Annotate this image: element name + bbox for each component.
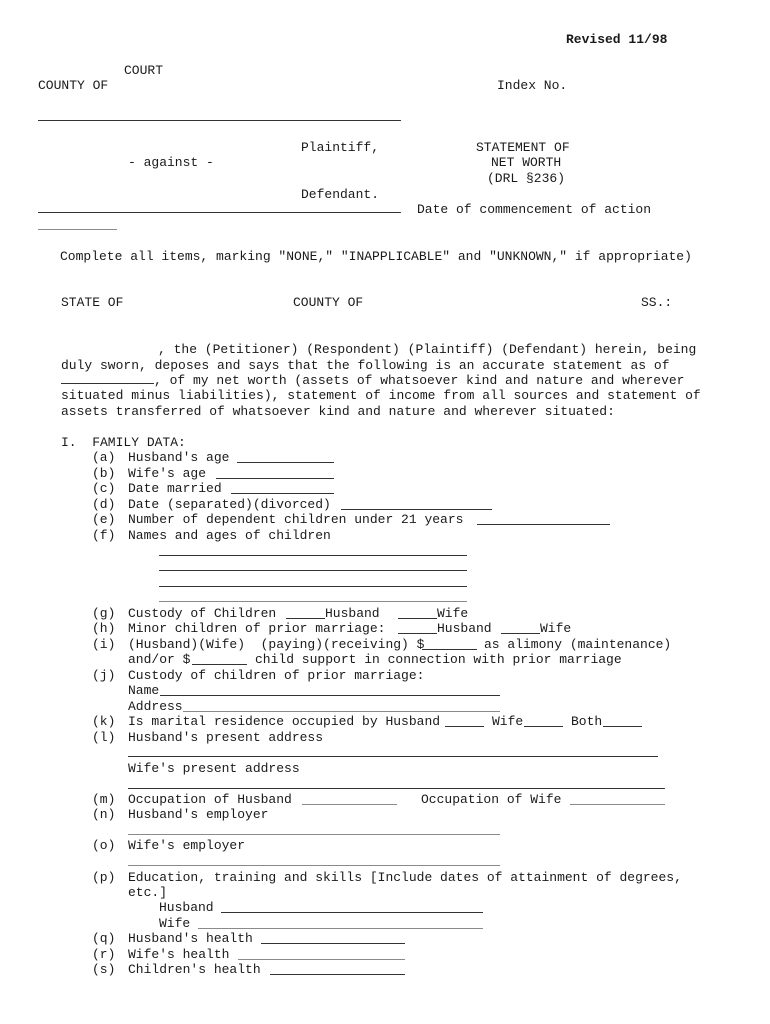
wife-health-field[interactable] bbox=[238, 959, 405, 960]
affidavit-line2: duly sworn, deposes and says that the fo… bbox=[61, 358, 670, 373]
education-husband-field[interactable] bbox=[221, 912, 483, 913]
affidavit-line1: , the (Petitioner) (Respondent) (Plainti… bbox=[158, 342, 696, 357]
husband-occupation-field[interactable] bbox=[302, 804, 397, 805]
item-letter: (m) bbox=[92, 792, 115, 807]
wife-age-field[interactable] bbox=[216, 478, 334, 479]
alimony-suffix: as alimony (maintenance) bbox=[484, 637, 671, 652]
children-health-label: Children's health bbox=[128, 962, 261, 977]
children-names-field-2[interactable] bbox=[159, 570, 467, 571]
against-label: - against - bbox=[128, 155, 214, 170]
instruction-text: Complete all items, marking "NONE," "INA… bbox=[60, 249, 692, 264]
dependent-children-field[interactable] bbox=[477, 524, 610, 525]
item-letter: (q) bbox=[92, 931, 115, 946]
index-no-label: Index No. bbox=[497, 78, 567, 93]
date-married-field[interactable] bbox=[231, 493, 334, 494]
wife-address-field[interactable] bbox=[128, 788, 665, 789]
item-letter: (i) bbox=[92, 637, 115, 652]
children-health-field[interactable] bbox=[270, 974, 405, 975]
item-letter: (k) bbox=[92, 714, 115, 729]
child-support-prefix: and/or $ bbox=[128, 652, 190, 667]
venue-county-label: COUNTY OF bbox=[293, 295, 363, 310]
date-commencement-label: Date of commencement of action bbox=[417, 202, 651, 217]
custody-children-label: Custody of Children bbox=[128, 606, 276, 621]
affidavit-line3: , of my net worth (assets of whatsoever … bbox=[154, 373, 685, 388]
affidavit-line4: situated minus liabilities), statement o… bbox=[61, 388, 701, 403]
husband-age-label: Husband's age bbox=[128, 450, 229, 465]
education-wife-label: Wife bbox=[159, 916, 190, 931]
child-support-amount-field[interactable] bbox=[192, 664, 247, 665]
education-label-cont: etc.] bbox=[128, 885, 167, 900]
item-letter: (f) bbox=[92, 528, 115, 543]
wife-employer-field[interactable] bbox=[128, 865, 500, 866]
residence-husband-field[interactable] bbox=[445, 726, 484, 727]
prior-custody-name-label: Name bbox=[128, 683, 159, 698]
item-letter: (p) bbox=[92, 870, 115, 885]
marital-residence-label: Is marital residence occupied by Husband bbox=[128, 714, 440, 729]
item-letter: (e) bbox=[92, 512, 115, 527]
item-letter: (h) bbox=[92, 621, 115, 636]
item-letter: (g) bbox=[92, 606, 115, 621]
revised-date: Revised 11/98 bbox=[566, 32, 667, 47]
residence-wife-field[interactable] bbox=[524, 726, 563, 727]
wife-occupation-field[interactable] bbox=[570, 804, 665, 805]
prior-custody-address-field[interactable] bbox=[183, 711, 500, 712]
item-letter: (o) bbox=[92, 838, 115, 853]
section-family-data-heading: I. FAMILY DATA: bbox=[61, 435, 186, 450]
education-wife-field[interactable] bbox=[198, 928, 483, 929]
item-letter: (c) bbox=[92, 481, 115, 496]
alimony-label: (Husband)(Wife) (paying)(receiving) $ bbox=[128, 637, 424, 652]
husband-employer-field[interactable] bbox=[128, 834, 500, 835]
date-married-label: Date married bbox=[128, 481, 222, 496]
wife-age-label: Wife's age bbox=[128, 466, 206, 481]
husband-health-field[interactable] bbox=[261, 943, 405, 944]
wife-address-label: Wife's present address bbox=[128, 761, 300, 776]
minor-wife-label: Wife bbox=[540, 621, 571, 636]
minor-husband-field[interactable] bbox=[398, 633, 437, 634]
defendant-label: Defendant. bbox=[301, 187, 379, 202]
minor-children-label: Minor children of prior marriage: bbox=[128, 621, 385, 636]
wife-employer-label: Wife's employer bbox=[128, 838, 245, 853]
custody-wife-field[interactable] bbox=[398, 618, 437, 619]
item-letter: (s) bbox=[92, 962, 115, 977]
date-separated-field[interactable] bbox=[341, 509, 492, 510]
plaintiff-label: Plaintiff, bbox=[301, 140, 379, 155]
item-letter: (n) bbox=[92, 807, 115, 822]
prior-custody-name-field[interactable] bbox=[160, 695, 500, 696]
custody-husband-field[interactable] bbox=[286, 618, 325, 619]
husband-address-field[interactable] bbox=[128, 756, 658, 757]
wife-health-label: Wife's health bbox=[128, 947, 229, 962]
minor-husband-label: Husband bbox=[437, 621, 492, 636]
custody-wife-label: Wife bbox=[437, 606, 468, 621]
ss-label: SS.: bbox=[641, 295, 672, 310]
state-of-label: STATE OF bbox=[61, 295, 123, 310]
wife-occupation-label: Occupation of Wife bbox=[421, 792, 561, 807]
children-names-field-4[interactable] bbox=[159, 601, 467, 602]
education-husband-label: Husband bbox=[159, 900, 214, 915]
dependent-children-label: Number of dependent children under 21 ye… bbox=[128, 512, 463, 527]
court-label: COURT bbox=[124, 63, 163, 78]
children-names-field-3[interactable] bbox=[159, 586, 467, 587]
education-label: Education, training and skills [Include … bbox=[128, 870, 682, 885]
document-title-line1: STATEMENT OF bbox=[476, 140, 570, 155]
husband-occupation-label: Occupation of Husband bbox=[128, 792, 292, 807]
children-names-field-1[interactable] bbox=[159, 555, 467, 556]
document-title-line3: (DRL §236) bbox=[487, 171, 565, 186]
item-letter: (d) bbox=[92, 497, 115, 512]
item-letter: (j) bbox=[92, 668, 115, 683]
husband-age-field[interactable] bbox=[237, 462, 334, 463]
caption-top-line bbox=[38, 120, 401, 121]
husband-health-label: Husband's health bbox=[128, 931, 253, 946]
residence-both-field[interactable] bbox=[603, 726, 642, 727]
prior-custody-address-label: Address bbox=[128, 699, 183, 714]
children-names-label: Names and ages of children bbox=[128, 528, 331, 543]
statement-date-field[interactable] bbox=[61, 383, 154, 384]
document-title-line2: NET WORTH bbox=[491, 155, 561, 170]
alimony-amount-field[interactable] bbox=[422, 649, 477, 650]
caption-bottom-line bbox=[38, 212, 401, 213]
minor-wife-field[interactable] bbox=[501, 633, 540, 634]
item-letter: (b) bbox=[92, 466, 115, 481]
residence-both-label: Both bbox=[571, 714, 602, 729]
child-support-suffix: child support in connection with prior m… bbox=[255, 652, 622, 667]
husband-address-label: Husband's present address bbox=[128, 730, 323, 745]
affidavit-line5: assets transferred of whatsoever kind an… bbox=[61, 404, 615, 419]
item-letter: (l) bbox=[92, 730, 115, 745]
date-commencement-field[interactable] bbox=[38, 229, 117, 230]
county-label: COUNTY OF bbox=[38, 78, 108, 93]
custody-husband-label: Husband bbox=[325, 606, 380, 621]
residence-wife-label: Wife bbox=[492, 714, 523, 729]
item-letter: (r) bbox=[92, 947, 115, 962]
item-letter: (a) bbox=[92, 450, 115, 465]
date-separated-label: Date (separated)(divorced) bbox=[128, 497, 331, 512]
prior-custody-label: Custody of children of prior marriage: bbox=[128, 668, 424, 683]
husband-employer-label: Husband's employer bbox=[128, 807, 268, 822]
